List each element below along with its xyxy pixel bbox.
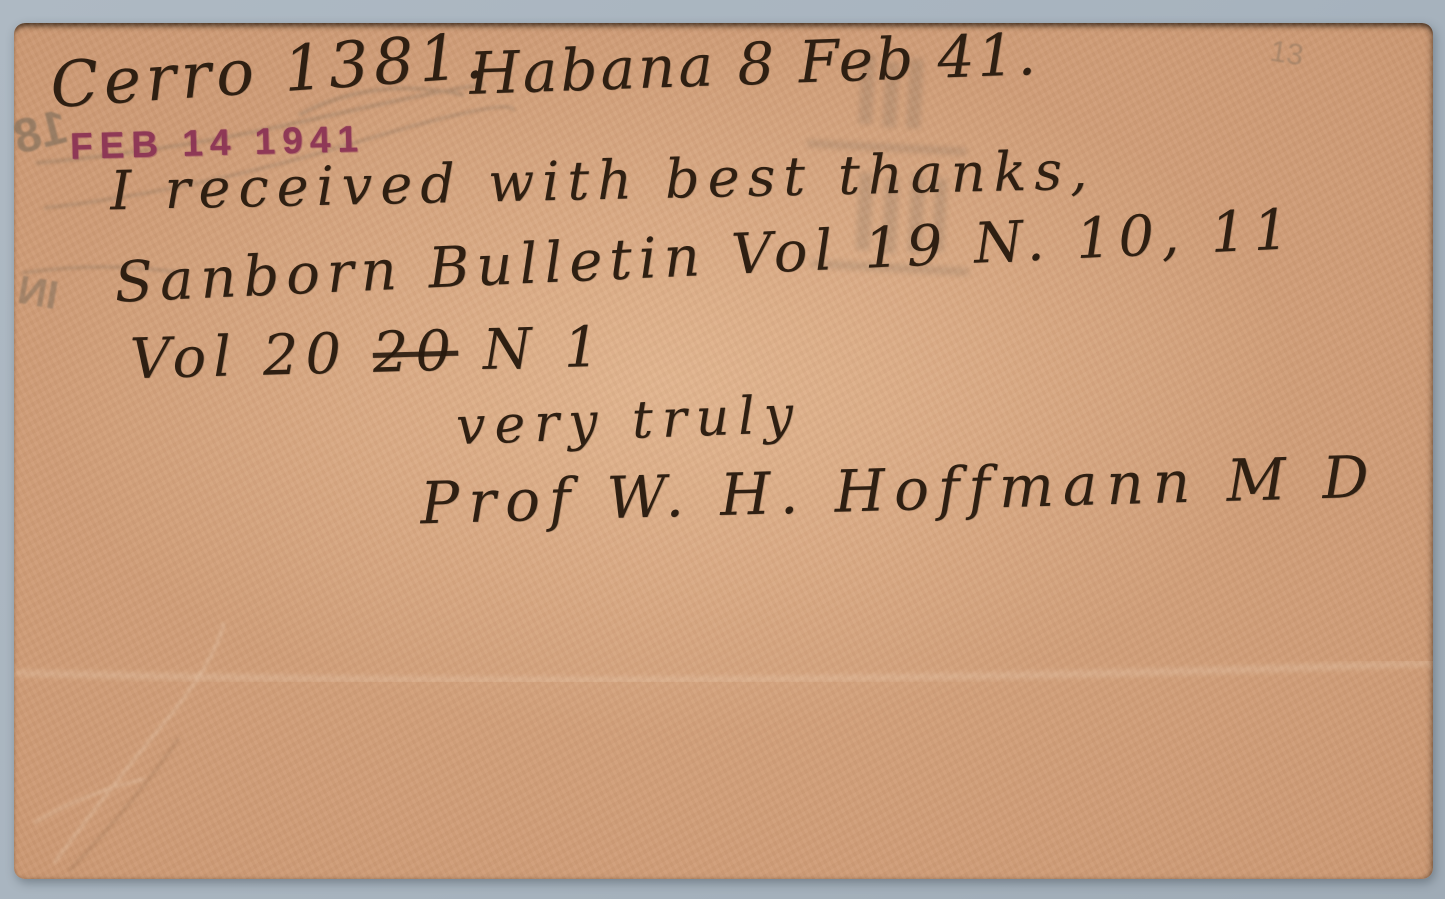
handwritten-bulletin-line: Sanborn Bulletin Vol 19 N. 10, 11 [113, 202, 1297, 312]
pencil-mark-13: 13 [1268, 37, 1306, 72]
handwritten-signature: Prof W. H. Hoffmann M D [419, 448, 1378, 533]
handwritten-sender-address: Cerro 1381. [48, 24, 490, 117]
handwritten-closing: very truly [455, 389, 803, 453]
volume-line-struck-number: 20 [372, 319, 459, 386]
horizontal-crease [14, 663, 1433, 680]
corner-creases [34, 623, 224, 871]
volume-line-suffix: N 1 [457, 315, 607, 384]
faint-mirrored-mark-in: IN [15, 270, 61, 316]
postcard-card: Cerro 1381. Habana 8 Feb 41. FEB 14 1941… [14, 23, 1433, 879]
volume-line-prefix: Vol 20 [129, 321, 373, 392]
postcard-photo: { "colors": { "background": "#a9b5c0", "… [0, 0, 1445, 899]
handwritten-dateline: Habana 8 Feb 41. [468, 25, 1039, 103]
handwritten-volume-line: Vol 20 20 N 1 [129, 320, 607, 388]
